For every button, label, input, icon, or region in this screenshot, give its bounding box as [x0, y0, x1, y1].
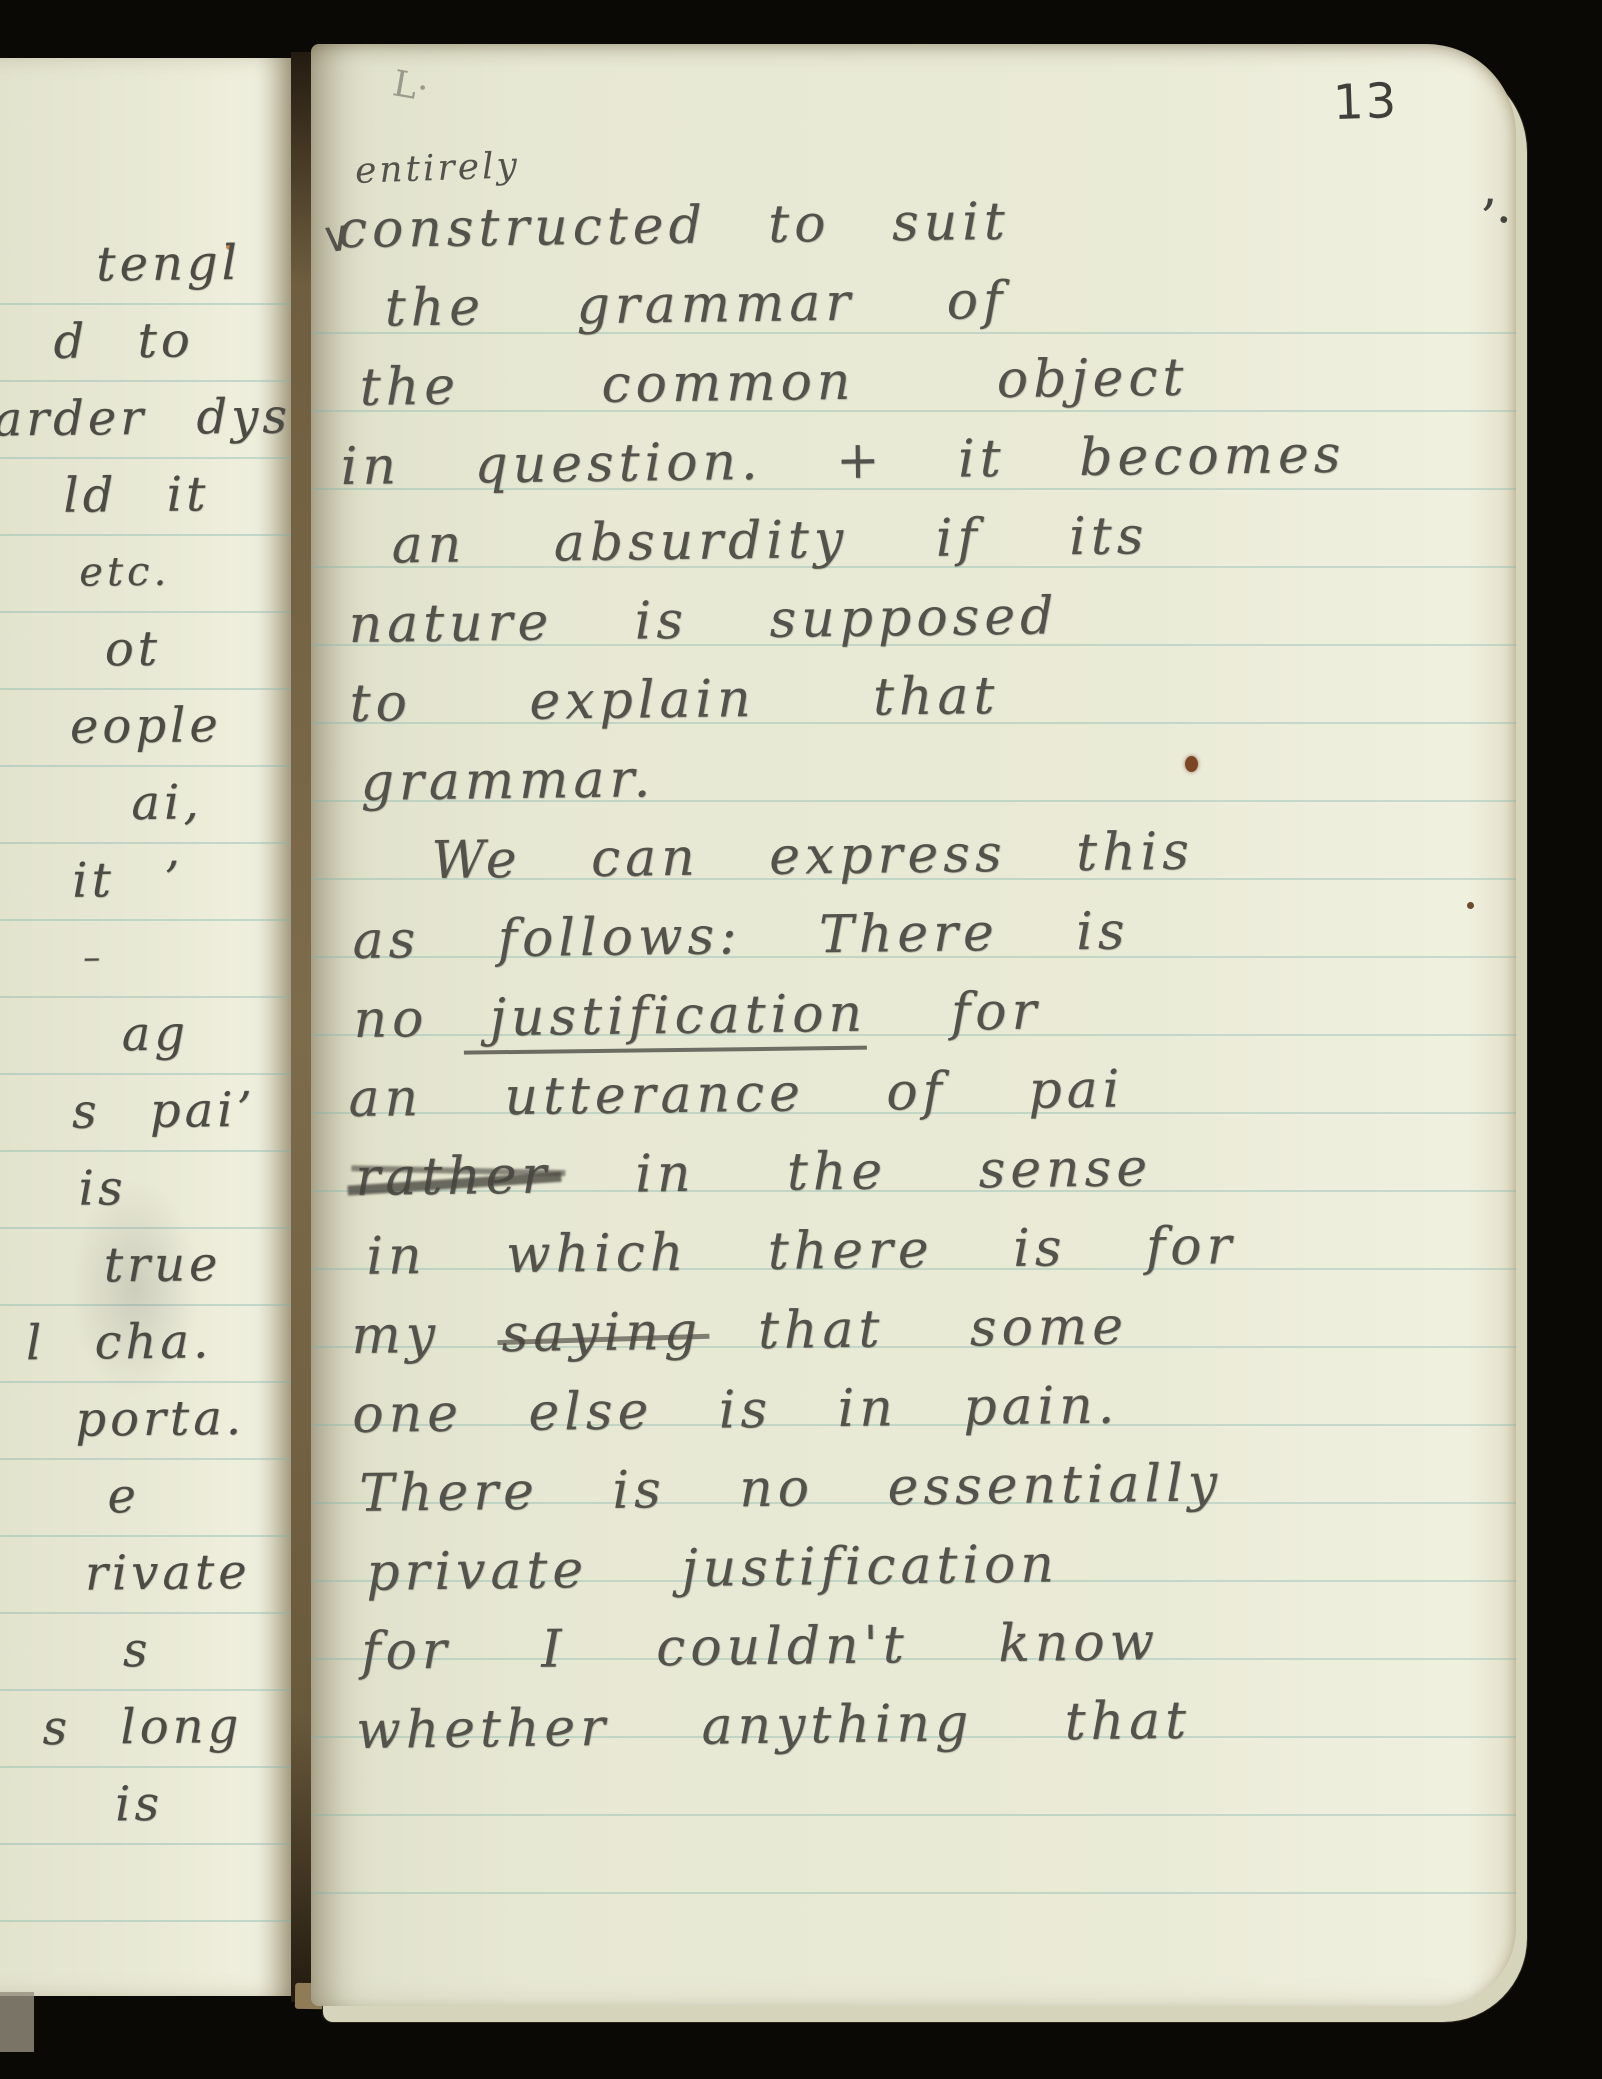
pencil-mark: L·	[390, 63, 432, 110]
underlined-word: justification	[463, 984, 867, 1055]
line-segment: my	[351, 1304, 502, 1366]
text-fragment: l cha.	[3, 1302, 289, 1382]
binding-gutter	[291, 52, 313, 2002]
handwritten-line: We can express this	[431, 809, 1496, 901]
text-fragment: e	[4, 1456, 290, 1536]
text-fragment: s	[6, 1610, 292, 1690]
facing-page-text: tengl d to arder dys ld it etc. ot eople…	[0, 225, 293, 1845]
facing-page-edge: tengl d to arder dys ld it etc. ot eople…	[0, 58, 293, 1996]
handwritten-line: to explain that	[349, 651, 1494, 744]
text-fragment: porta.	[4, 1379, 290, 1459]
handwritten-line: no justificationfor	[353, 967, 1498, 1060]
text-fragment: is	[8, 1764, 294, 1844]
text-fragment: arder dys	[0, 379, 279, 459]
handwritten-line: ratherin the sense	[355, 1125, 1500, 1218]
text-fragment: s long	[7, 1687, 293, 1767]
binding-cloth-corner	[0, 1992, 34, 2052]
text-fragment: ot	[0, 610, 281, 690]
text-fragment: true	[2, 1225, 288, 1305]
text-fragment: d to	[0, 302, 278, 382]
handwritten-line: private justification	[366, 1520, 1505, 1613]
paper-stain	[1185, 756, 1198, 772]
inserted-word: entirely	[354, 145, 520, 192]
handwritten-line: grammar.	[360, 730, 1495, 823]
handwritten-line: for I couldn't know	[361, 1599, 1506, 1692]
notebook-photo: tengl d to arder dys ld it etc. ot eople…	[0, 0, 1602, 2079]
line-segment: that some	[758, 1297, 1129, 1362]
text-fragment: ag	[0, 995, 285, 1075]
handwritten-line: constructed to suit	[337, 177, 1488, 270]
notebook-page: 13 L· ’· entirely ∨ constructed to suit …	[311, 44, 1516, 2006]
handwritten-line: an absurdity if its	[391, 493, 1492, 585]
handwritten-line: whether anything that	[356, 1678, 1507, 1771]
line-segment: in the sense	[635, 1138, 1152, 1204]
handwritten-line: nature is supposed	[348, 572, 1493, 665]
word-gap	[867, 1030, 951, 1031]
line-segment: for	[951, 982, 1042, 1043]
text-fragment: rivate	[5, 1533, 291, 1613]
crossed-out-word: rather	[355, 1137, 552, 1218]
handwritten-line: the grammar of	[384, 256, 1489, 348]
handwritten-line: There is no essentially	[359, 1441, 1504, 1534]
handwritten-text: constructed to suit the grammar of the c…	[337, 177, 1506, 1771]
page-number: 13	[1332, 73, 1399, 131]
text-fragment: tengl	[0, 225, 277, 305]
paper-stain	[1467, 902, 1474, 909]
text-fragment: ld it	[0, 456, 280, 536]
text-fragment: eople	[0, 687, 282, 767]
handwritten-line: as follows: There is	[352, 888, 1497, 981]
handwritten-line: one else is in pain.	[352, 1362, 1503, 1455]
text-fragment: s pai’	[0, 1072, 286, 1152]
text-fragment: is	[1, 1149, 287, 1229]
handwritten-line: the common object	[359, 335, 1490, 428]
text-fragment: ai,	[0, 764, 283, 844]
text-fragment: –	[0, 918, 285, 998]
text-fragment: etc.	[0, 533, 281, 613]
handwritten-line: an utterance of pai	[348, 1046, 1499, 1139]
text-fragment: it ’	[0, 841, 284, 921]
word-gap	[702, 1348, 758, 1349]
handwritten-line: in question. + it becomes	[340, 414, 1491, 507]
struck-word: saying	[501, 1293, 702, 1374]
word-gap	[552, 1192, 636, 1193]
handwritten-line: my sayingthat some	[351, 1283, 1502, 1376]
handwritten-line: in which there is for	[366, 1204, 1501, 1297]
